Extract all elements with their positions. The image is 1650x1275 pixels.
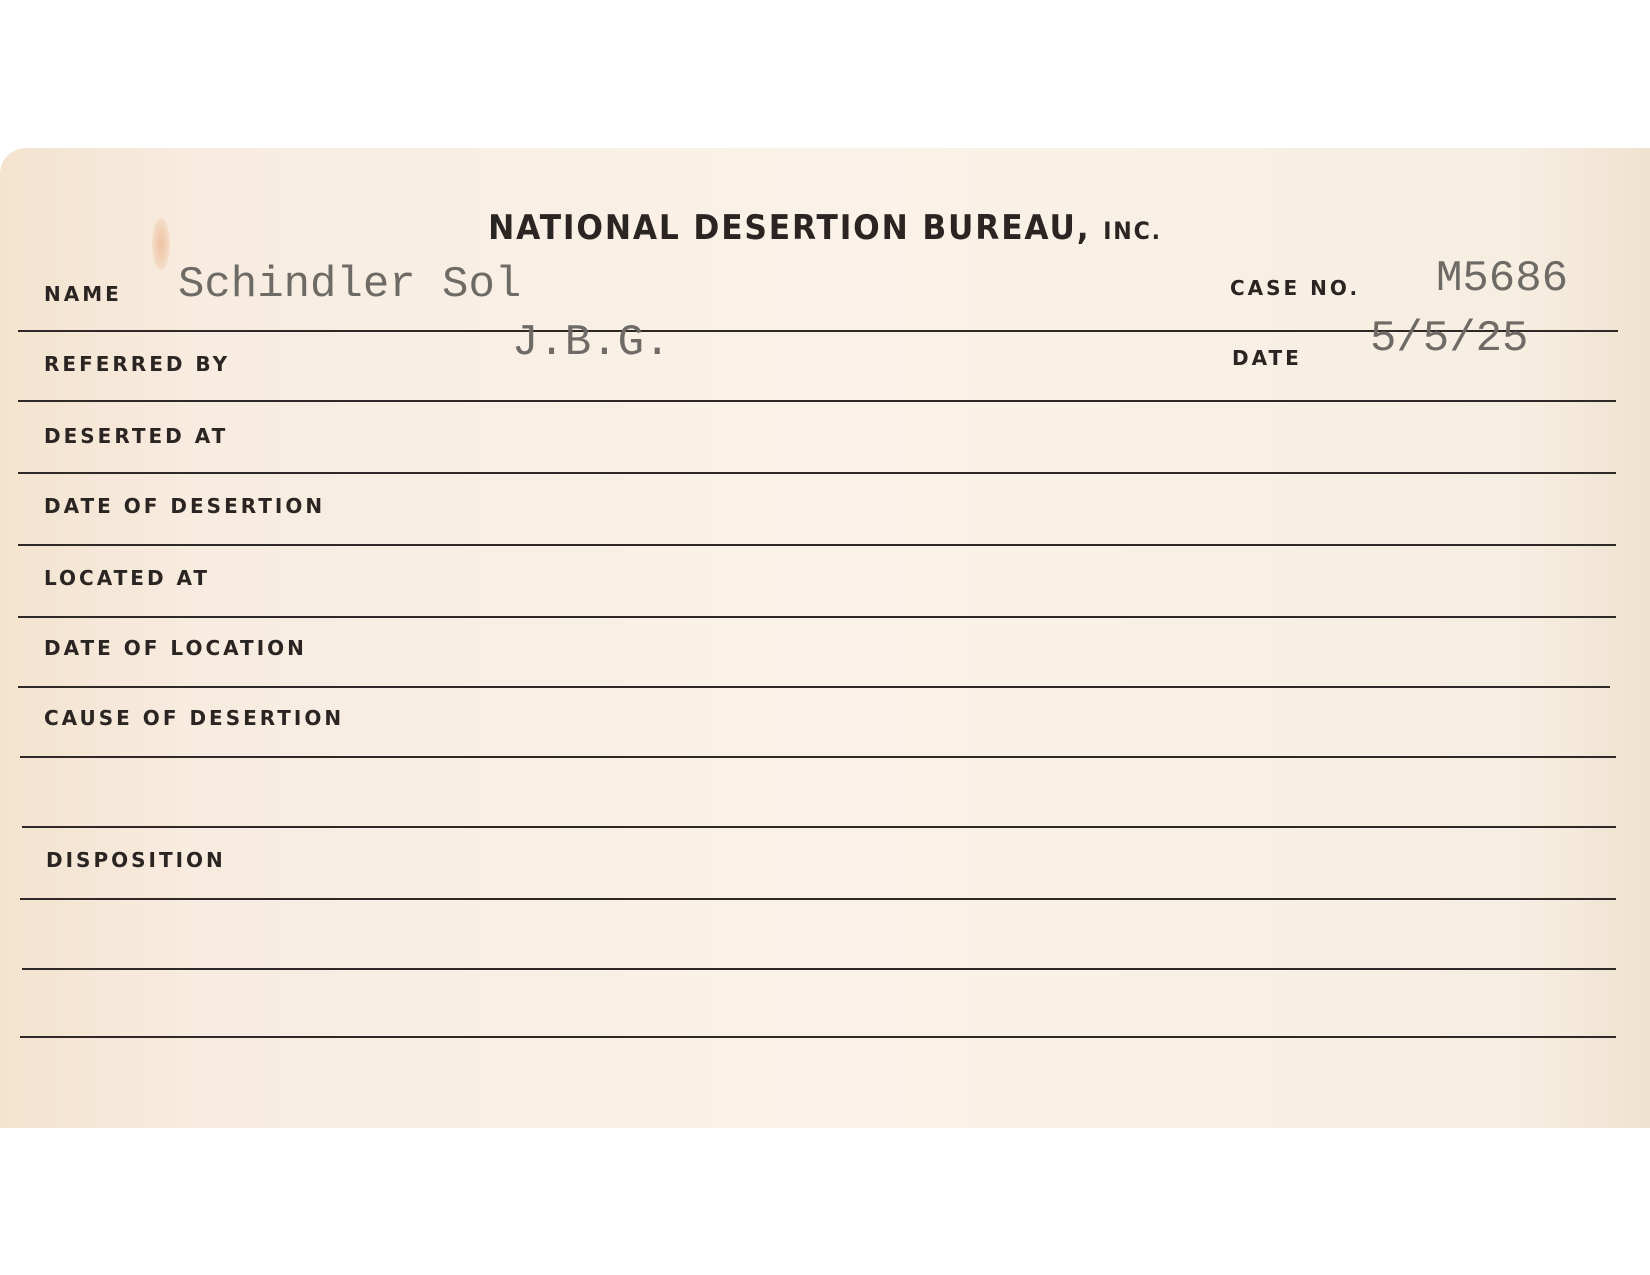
referred-by-label: REFERRED BY xyxy=(44,352,230,376)
case-no-label: CASE NO. xyxy=(1230,276,1360,300)
deserted-at-label: DESERTED AT xyxy=(44,424,228,448)
name-value: Schindler Sol xyxy=(178,260,521,310)
card-title: NATIONAL DESERTION BUREAU, INC. xyxy=(66,208,1584,248)
date-of-desertion-label: DATE OF DESERTION xyxy=(44,494,325,518)
date-of-location-label: DATE OF LOCATION xyxy=(44,636,307,660)
located-at-label: LOCATED AT xyxy=(44,566,210,590)
cause-of-desertion-label: CAUSE OF DESERTION xyxy=(44,706,344,730)
cause-of-desertion-line xyxy=(20,756,1616,758)
name-label: NAME xyxy=(44,282,122,306)
referred-by-line xyxy=(18,400,1616,402)
index-card: NATIONAL DESERTION BUREAU, INC. NAME Sch… xyxy=(0,148,1650,1128)
title-suffix: INC. xyxy=(1103,217,1162,245)
disposition-label: DISPOSITION xyxy=(46,848,226,872)
date-label: DATE xyxy=(1232,346,1302,370)
disposition-line xyxy=(20,898,1616,900)
disposition-line-3 xyxy=(20,1036,1616,1038)
located-at-line xyxy=(18,616,1616,618)
date-value: 5/5/25 xyxy=(1370,314,1528,364)
date-of-desertion-line xyxy=(18,544,1616,546)
case-no-value: M5686 xyxy=(1436,254,1568,304)
referred-by-value: J.B.G. xyxy=(512,318,670,368)
cause-of-desertion-line-2 xyxy=(22,826,1616,828)
deserted-at-line xyxy=(18,472,1616,474)
disposition-line-2 xyxy=(22,968,1616,970)
date-of-location-line xyxy=(18,686,1610,688)
title-text: NATIONAL DESERTION BUREAU, xyxy=(488,208,1090,248)
